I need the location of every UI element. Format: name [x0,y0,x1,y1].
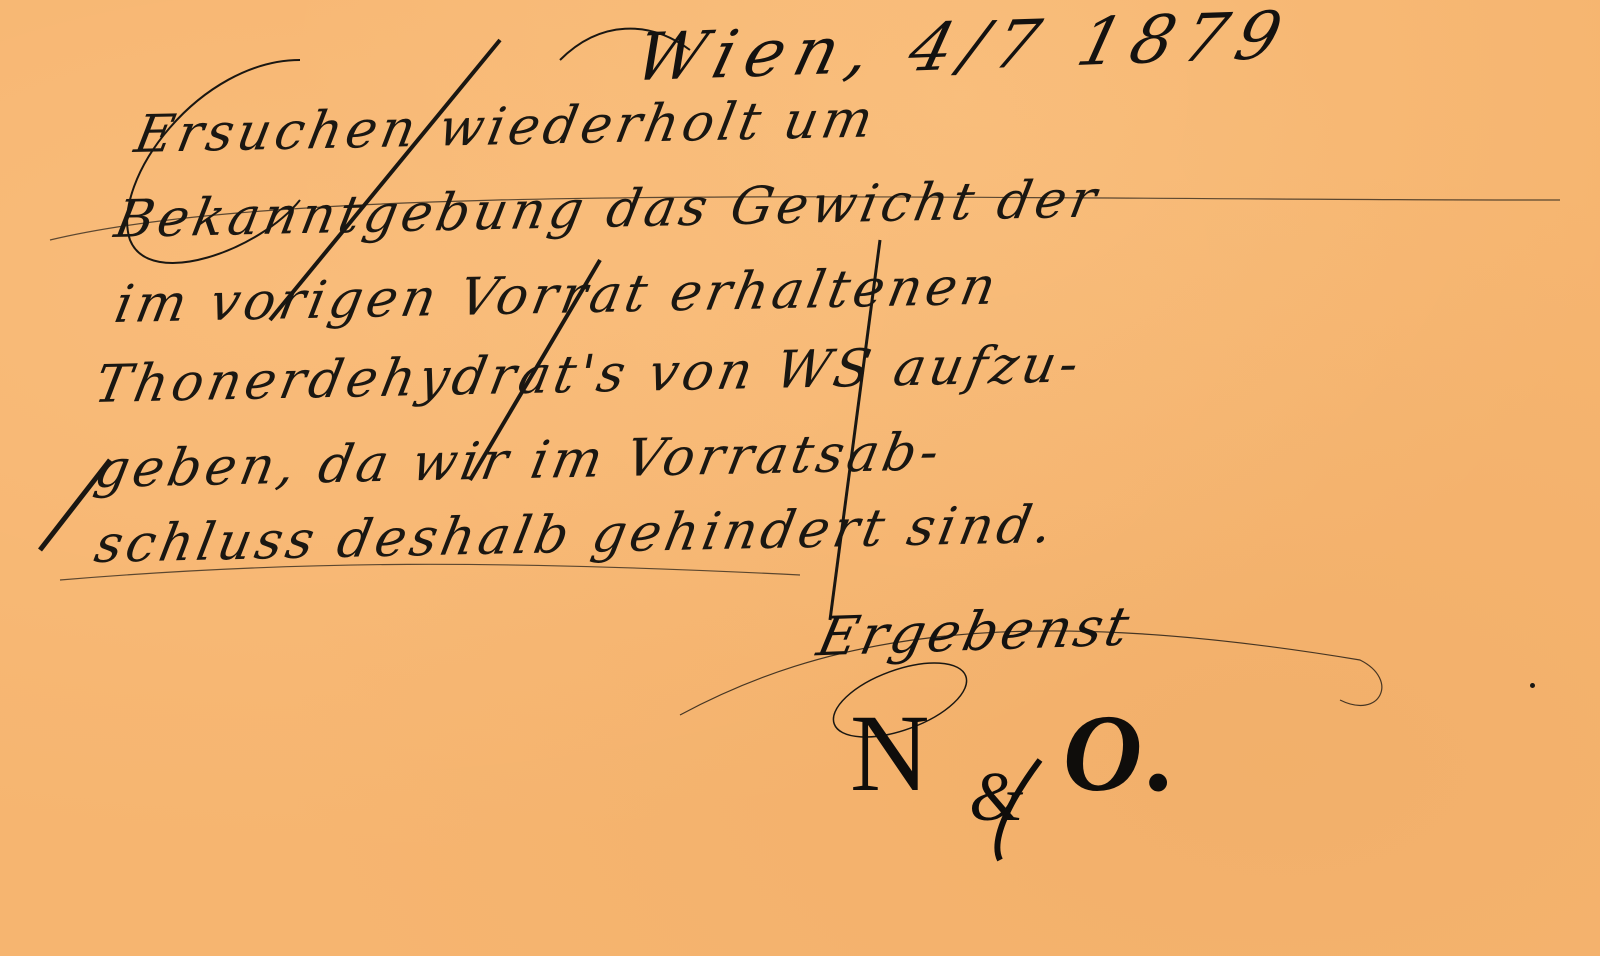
postcard: Wien, 4/7 1879 Ersuchen wiederholt um Be… [0,0,1600,956]
body-line-2: Bekanntgebung das Gewicht der [110,170,1105,250]
body-line-5: geben, da wir im Vorratsab- [90,422,948,500]
body-line-1: Ersuchen wiederholt um [130,90,882,165]
signature-letter-n: N [850,692,935,814]
signature-letter-o: O. [1063,692,1182,814]
signature-ampersand: & [969,759,1029,836]
date-header: Wien, 4/7 1879 [627,0,1299,96]
body-line-6: schluss deshalb gehindert sind. [90,495,1061,575]
body-line-4: Thonerdehydrat's von WS aufzu- [90,334,1087,415]
body-line-3: im vorigen Vorrat erhaltenen [110,257,1004,335]
closing-ergebenst: Ergebenst [812,595,1137,669]
signature-monogram: N & O. [850,690,1182,817]
ink-dot [1530,683,1535,688]
